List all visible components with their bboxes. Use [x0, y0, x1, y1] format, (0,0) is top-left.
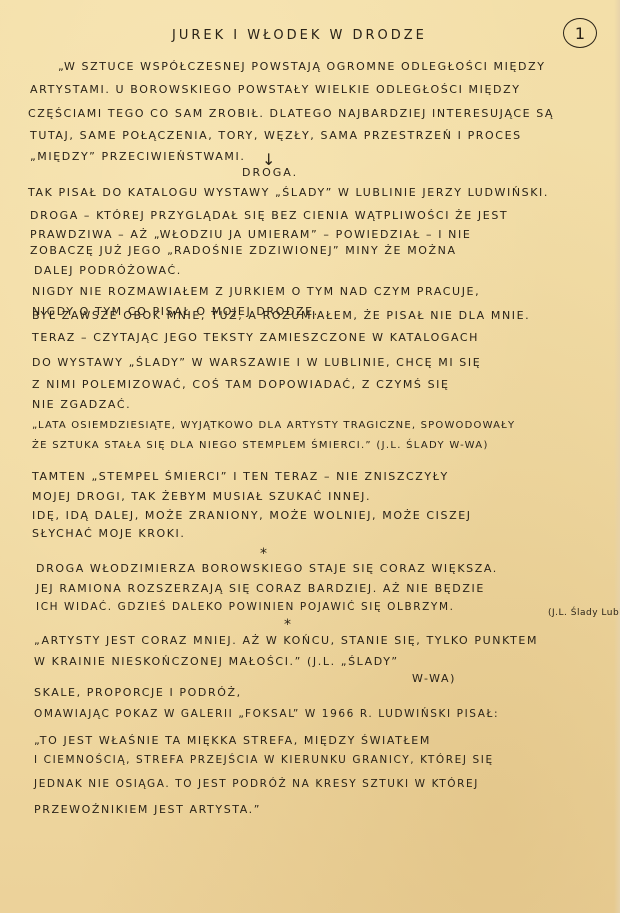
source-note: (J.L. Ślady Lublin) [548, 608, 620, 618]
text-line: Z NIMI POLEMIZOWAĆ, COŚ TAM DOPOWIADAĆ, … [32, 378, 450, 391]
text-line: DROGA – KTÓREJ PRZYGLĄDAŁ SIĘ BEZ CIENIA… [30, 209, 508, 222]
text-line: OMAWIAJĄC POKAZ W GALERII „FOKSAL” W 196… [34, 708, 499, 720]
text-line: TAK PISAŁ DO KATALOGU WYSTAWY „ŚLADY” W … [28, 186, 549, 199]
text-line: „ARTYSTY JEST CORAZ MNIEJ. AŻ W KOŃCU, S… [34, 634, 538, 647]
text-line: ICH WIDAĆ. GDZIEŚ DALEKO POWINIEN POJAWI… [36, 601, 455, 613]
text-line: „LATA OSIEMDZIESIĄTE, WYJĄTKOWO DLA ARTY… [32, 420, 515, 431]
text-line: „TO JEST WŁAŚNIE TA MIĘKKA STREFA, MIĘDZ… [34, 734, 431, 747]
text-line: TERAZ – CZYTAJĄC JEGO TEKSTY ZAMIESZCZON… [32, 331, 479, 344]
text-line: PRAWDZIWA – AŻ „WŁODZIU JA UMIERAM” – PO… [30, 228, 471, 241]
page-number-circle: 1 [563, 18, 597, 48]
paper-edge [614, 0, 620, 913]
text-line: PRZEWOŹNIKIEM JEST ARTYSTA.” [34, 803, 261, 816]
text-line: SKALE, PROPORCJE I PODRÓŻ, [34, 686, 242, 699]
section-heading: DROGA. [242, 166, 298, 179]
text-line: CZĘŚCIAMI TEGO CO SAM ZROBIŁ. DLATEGO NA… [28, 107, 554, 120]
text-line: ARTYSTAMI. U BOROWSKIEGO POWSTAŁY WIELKI… [30, 83, 521, 96]
document-title: JUREK I WŁODEK W DRODZE [172, 28, 427, 43]
text-line: „W SZTUCE WSPÓŁCZESNEJ POWSTAJĄ OGROMNE … [58, 60, 546, 73]
asterisk-separator: * [260, 546, 267, 562]
text-line: IDĘ, IDĄ DALEJ, MOŻE ZRANIONY, MOŻE WOLN… [32, 509, 472, 522]
text-line: DO WYSTAWY „ŚLADY” W WARSZAWIE I W LUBLI… [32, 356, 481, 369]
text-line: W-WA) [412, 672, 456, 685]
page-number: 1 [575, 24, 585, 43]
text-line: NIGDY NIE ROZMAWIAŁEM Z JURKIEM O TYM NA… [32, 285, 480, 298]
text-line: DROGA WŁODZIMIERZA BOROWSKIEGO STAJE SIĘ… [36, 562, 498, 575]
text-line: W KRAINIE NIESKOŃCZONEJ MAŁOŚCI.” (J.L. … [34, 655, 399, 668]
text-line: MOJEJ DROGI, TAK ŻEBYM MUSIAŁ SZUKAĆ INN… [32, 490, 371, 503]
text-line: TUTAJ, SAME POŁĄCZENIA, TORY, WĘZŁY, SAM… [30, 129, 522, 142]
text-line: NIE ZGADZAĆ. [32, 398, 131, 411]
text-line: I CIEMNOŚCIĄ, STREFA PRZEJŚCIA W KIERUNK… [34, 754, 494, 766]
text-line: SŁYCHAĆ MOJE KROKI. [32, 527, 185, 540]
text-line: DALEJ PODRÓŻOWAĆ. [34, 264, 182, 277]
text-line: ZOBACZĘ JUŻ JEGO „RADOŚNIE ZDZIWIONEJ” M… [30, 244, 457, 257]
text-line: BYŁ ZAWSZE OBOK MNIE, TUŻ, A ROZUMIAŁEM,… [32, 309, 530, 322]
text-line: TAMTEN „STEMPEL ŚMIERCI” I TEN TERAZ – N… [32, 470, 449, 483]
handwritten-page: JUREK I WŁODEK W DRODZE 1 „W SZTUCE WSPÓ… [0, 0, 620, 913]
text-line: „MIĘDZY” PRZECIWIEŃSTWAMI. [30, 150, 245, 163]
text-line: ŻE SZTUKA STAŁA SIĘ DLA NIEGO STEMPLEM Ś… [32, 440, 489, 451]
text-line: JEDNAK NIE OSIĄGA. TO JEST PODRÓŻ NA KRE… [34, 778, 479, 790]
asterisk-separator: * [284, 617, 291, 633]
text-line: JEJ RAMIONA ROZSZERZAJĄ SIĘ CORAZ BARDZI… [36, 582, 485, 595]
